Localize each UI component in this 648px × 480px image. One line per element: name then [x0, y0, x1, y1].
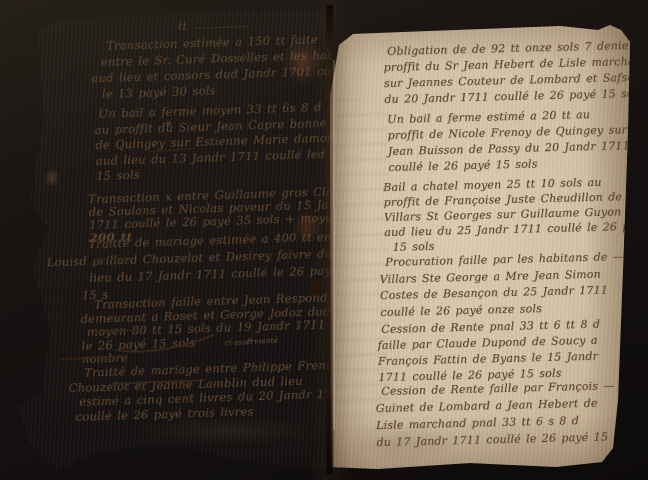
right-entry-4: Procuration faille par les habitans de —… [379, 249, 625, 321]
left-entry-6: Traitté de mariage entre Philippe Frenoy… [68, 357, 361, 424]
right-entry-2: Un bail a ferme estimé a 20 tt au proffi… [387, 106, 630, 176]
ink-bleedthrough [34, 68, 68, 398]
right-entry-5: Cession de Rente pnal 33 tt 6 tt 8 d fai… [377, 317, 601, 386]
manuscript-scan: tt Transaction estimée a 150 tt faite en… [0, 0, 648, 480]
right-page: Obligation de de 92 tt onze sols 7 denie… [329, 24, 633, 470]
left-page: tt Transaction estimée a 150 tt faite en… [16, 8, 334, 474]
ink-flourish [115, 332, 219, 356]
right-entry-6: Cession de Rente faille par François — G… [375, 377, 619, 451]
left-entry-1: Transaction estimée a 150 tt faite entre… [100, 30, 354, 102]
right-entry-3: Bail a chatel moyen 25 tt 10 sols au pro… [383, 174, 648, 255]
folio-mark-rule [194, 26, 248, 29]
right-entry-1: Obligation de de 92 tt onze sols 7 denie… [383, 37, 648, 108]
left-entry-2: Un bail a ferme moyen 33 tt 6s 8 d au pr… [94, 99, 360, 185]
folio-mark: tt [178, 20, 188, 33]
